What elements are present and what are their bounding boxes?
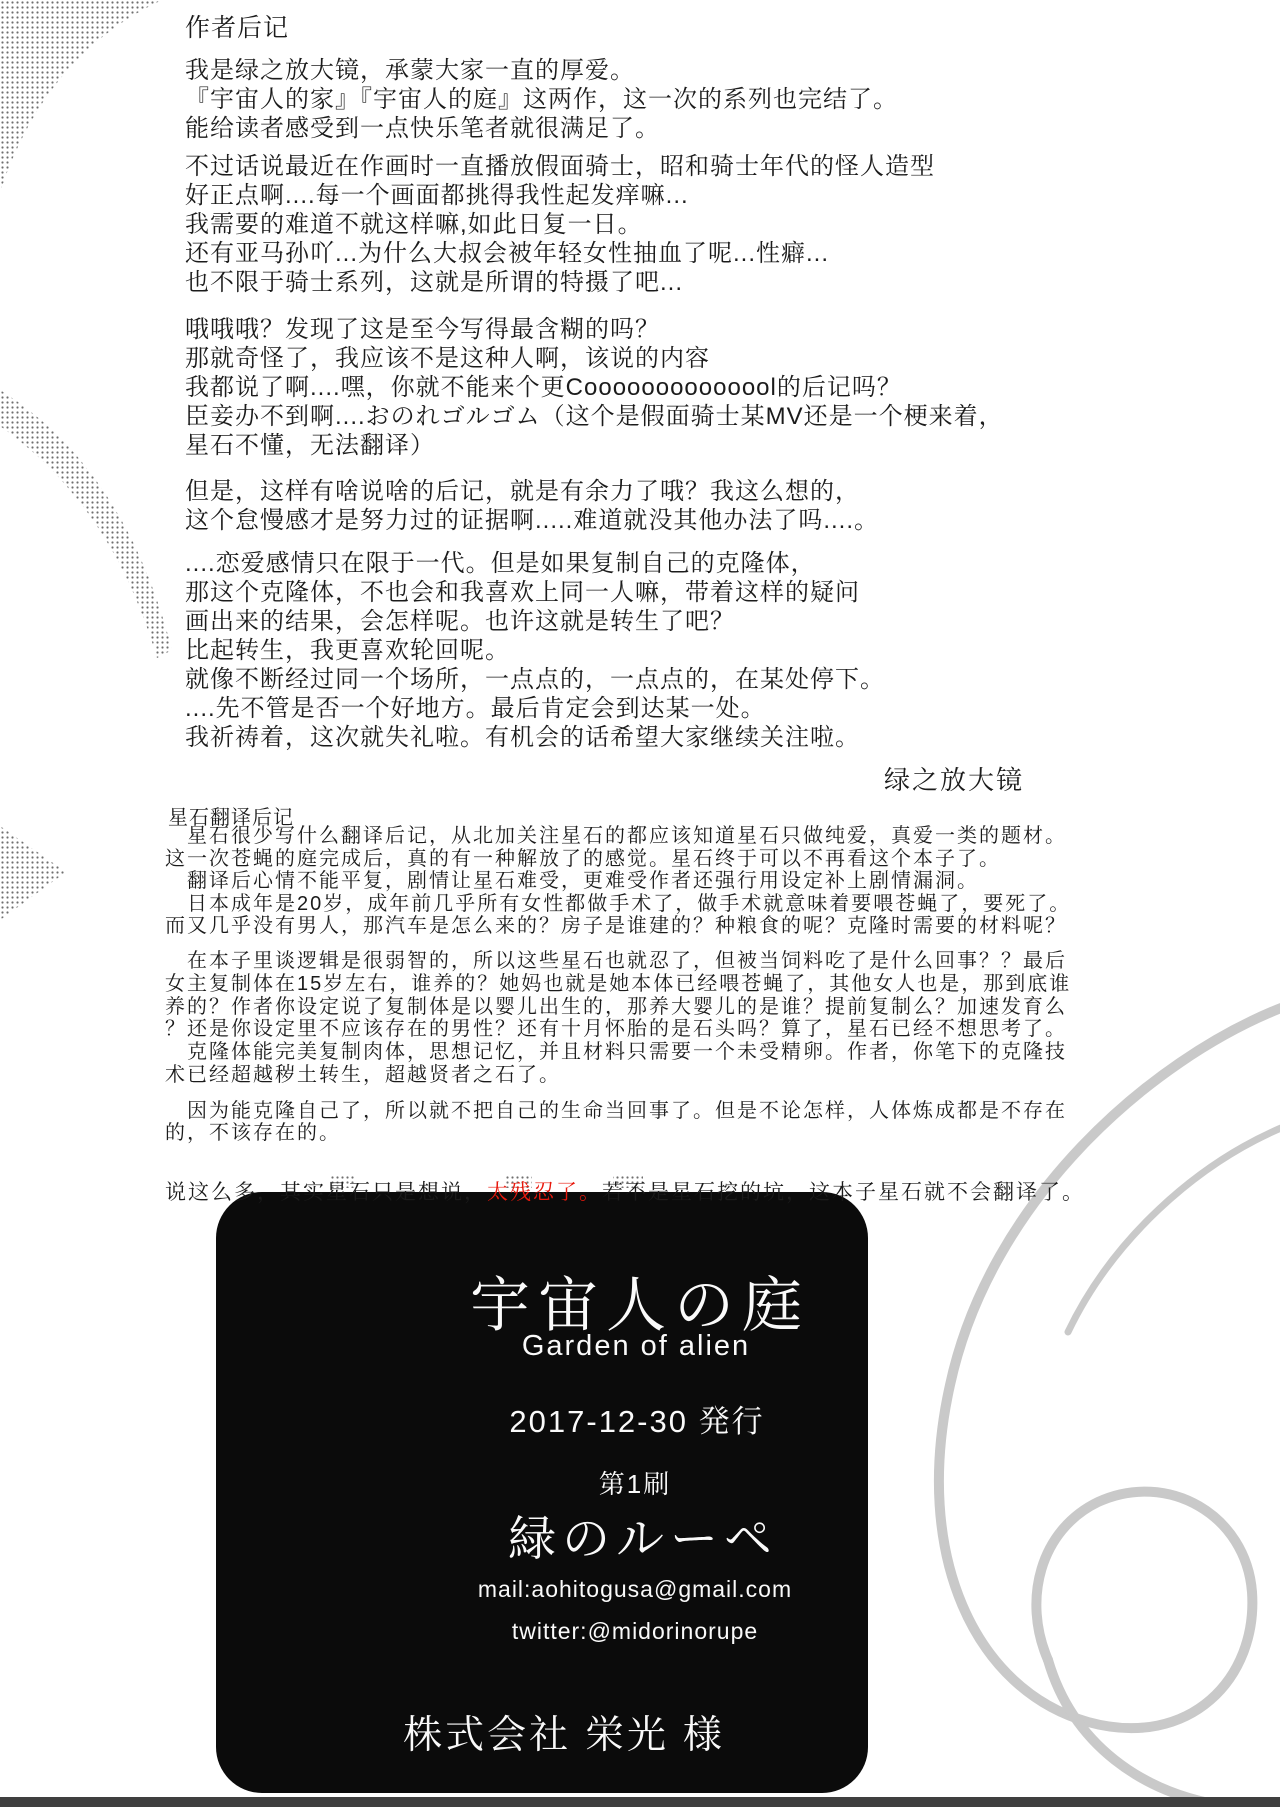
afterword-title: 作者后记 [185,8,289,44]
text-line: 这个怠慢感才是努力过的证据啊.....难道就没其他办法了吗....。 [185,506,879,535]
afterword-paragraph-4: 但是，这样有啥说啥的后记，就是有余力了哦？我这么想的， 这个怠慢感才是努力过的证… [185,477,879,535]
translator-paragraph-2: 在本子里谈逻辑是很弱智的，所以这些星石也就忍了，但被当饲料吃了是什么回事？？最后… [165,950,1071,1087]
text-line: 臣妾办不到啊....おのれゴルゴム（这个是假面骑士某MV还是一个梗来着， [185,402,1004,431]
colophon-mail: mail:aohitogusa@gmail.com [478,1576,792,1603]
afterword-paragraph-5: ....恋爱感情只在限于一代。但是如果复制自己的克隆体， 那这个克隆体，不也会和… [185,549,885,752]
translator-final-remark: 说这么多，其实星石只是想说，太残忍了。若不是星石挖的坑，这本子星石就不会翻译了。 [165,1176,1085,1206]
text-line: 画出来的结果，会怎样呢。也许这就是转生了吧？ [185,607,885,636]
text-line: 克隆体能完美复制肉体，思想记忆，并且材料只需要一个未受精卵。作者，你笔下的克隆技 [165,1041,1071,1064]
text-line: 这一次苍蝇的庭完成后，真的有一种解放了的感觉。星石终于可以不再看这个本子了。 [165,848,1071,871]
text-line: 也不限于骑士系列，这就是所谓的特摄了吧... [185,268,935,297]
colophon-circle-name: 緑のルーペ [508,1500,778,1569]
halftone-swash-left [0,390,172,658]
text-line: 我祈祷着，这次就失礼啦。有机会的话希望大家继续关注啦。 [185,723,885,752]
halftone-corner-top-left [0,0,162,192]
text-line: 不过话说最近在作画时一直播放假面骑士，昭和骑士年代的怪人造型 [185,152,935,181]
text-line: 术已经超越秽土转生，超越贤者之石了。 [165,1064,1071,1087]
text-line: 日本成年是20岁，成年前几乎所有女性都做手术了，做手术就意味着要喂苍蝇了，要死了… [165,893,1071,916]
text-line: 但是，这样有啥说啥的后记，就是有余力了哦？我这么想的， [185,477,879,506]
text-line: 我需要的难道不就这样嘛,如此日复一日。 [185,210,935,239]
text-line: 星石不懂，无法翻译） [185,431,1004,460]
text-line: 因为能克隆自己了，所以就不把自己的生命当回事了。但是不论怎样，人体炼成都是不存在 [165,1100,1067,1122]
final-remark-post: 若不是星石挖的坑，这本子星石就不会翻译了。 [602,1181,1085,1204]
colophon-edition: 第1刷 [599,1464,671,1501]
colophon-twitter: twitter:@midorinorupe [512,1618,758,1645]
translator-paragraph-3: 因为能克隆自己了，所以就不把自己的生命当回事了。但是不论怎样，人体炼成都是不存在… [165,1100,1067,1144]
text-line: 好正点啊....每一个画面都挑得我性起发痒嘛... [185,181,935,210]
text-line: 在本子里谈逻辑是很弱智的，所以这些星石也就忍了，但被当饲料吃了是什么回事？？最后 [165,950,1071,973]
colophon-title-english: Garden of alien [522,1330,750,1363]
text-line: 我是绿之放大镜，承蒙大家一直的厚爱。 [185,56,898,85]
text-line: 女主复制体在15岁左右，谁养的？她妈也就是她本体已经喂苍蝇了，其他女人也是，那到… [165,973,1071,996]
final-remark-red-emphasis: 太残忍了。 [487,1181,602,1204]
text-line: 就像不断经过同一个场所，一点点的，一点点的，在某处停下。 [185,665,885,694]
translator-paragraph-1: 星石很少写什么翻译后记，从北加关注星石的都应该知道星石只做纯爱，真爱一类的题材。… [165,825,1071,938]
text-line: ？还是你设定里不应该存在的男性？还有十月怀胎的是石头吗？算了，星石已经不想思考了… [165,1018,1071,1041]
text-line: 哦哦哦？发现了这是至今写得最含糊的吗？ [185,315,1004,344]
colophon-printer: 株式会社 栄光 様 [403,1704,725,1760]
text-line: 的，不该存在的。 [165,1122,1067,1144]
text-line: ....恋爱感情只在限于一代。但是如果复制自己的克隆体， [185,549,885,578]
page-bottom-scan-edge [0,1797,1280,1807]
text-line: 那就奇怪了，我应该不是这种人啊，该说的内容 [185,344,1004,373]
author-signature: 绿之放大镜 [884,760,1024,797]
text-line: 而又几乎没有男人，那汽车是怎么来的？房子是谁建的？种粮食的呢？克隆时需要的材料呢… [165,915,1071,938]
afterword-paragraph-2: 不过话说最近在作画时一直播放假面骑士，昭和骑士年代的怪人造型 好正点啊....每… [185,152,935,297]
colophon-publish-date: 2017-12-30 発行 [509,1396,764,1441]
text-line: 那这个克隆体，不也会和我喜欢上同一人嘛，带着这样的疑问 [185,578,885,607]
text-line: 比起转生，我更喜欢轮回呢。 [185,636,885,665]
text-line: 星石很少写什么翻译后记，从北加关注星石的都应该知道星石只做纯爱，真爱一类的题材。 [165,825,1071,848]
afterword-paragraph-1: 我是绿之放大镜，承蒙大家一直的厚爱。 『宇宙人的家』『宇宙人的庭』这两作，这一次… [185,56,898,143]
halftone-triangle-left [0,826,66,920]
text-line: ....先不管是否一个好地方。最后肯定会到达某一处。 [185,694,885,723]
text-line: 『宇宙人的家』『宇宙人的庭』这两作，这一次的系列也完结了。 [185,85,898,114]
final-remark-pre: 说这么多，其实星石只是想说， [165,1181,487,1204]
text-line: 翻译后心情不能平复，剧情让星石难受，更难受作者还强行用设定补上剧情漏洞。 [165,870,1071,893]
scanned-afterword-page: 作者后记 我是绿之放大镜，承蒙大家一直的厚爱。 『宇宙人的家』『宇宙人的庭』这两… [0,0,1280,1807]
afterword-paragraph-3: 哦哦哦？发现了这是至今写得最含糊的吗？ 那就奇怪了，我应该不是这种人啊，该说的内… [185,315,1004,460]
text-line: 养的？作者你设定说了复制体是以婴儿出生的，那养大婴儿的是谁？提前复制么？加速发育… [165,996,1071,1019]
text-line: 还有亚马孙吖...为什么大叔会被年轻女性抽血了呢...性癖... [185,239,935,268]
text-line: 我都说了啊....嘿，你就不能来个更Coooooooooooool的后记吗？ [185,373,1004,402]
text-line: 能给读者感受到一点快乐笔者就很满足了。 [185,114,898,143]
